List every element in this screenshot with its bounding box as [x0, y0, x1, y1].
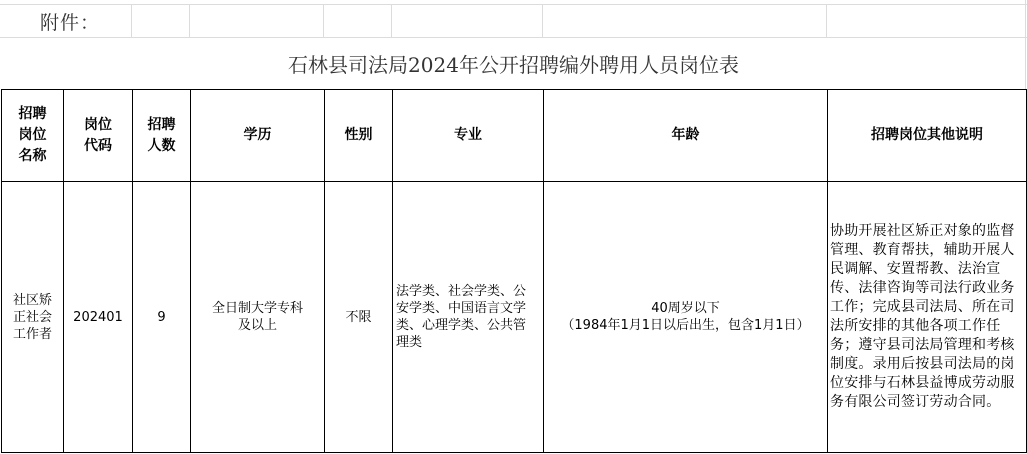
age-birthdate: （1984年1月1日以后出生，包含1月1日） [544, 317, 827, 334]
gridline [189, 4, 190, 37]
table-title: 石林县司法局2024年公开招聘编外聘用人员岗位表 [0, 37, 1027, 89]
header-position-code: 岗位代码 [64, 90, 133, 182]
gridline [826, 4, 827, 37]
cell-age: 40周岁以下 （1984年1月1日以后出生，包含1月1日） [544, 182, 828, 453]
gridline [131, 4, 132, 37]
header-gender: 性别 [325, 90, 393, 182]
header-row: 招聘岗位名称 岗位代码 招聘人数 学历 性别 专业 年龄 招聘岗位其他说明 [2, 90, 1027, 182]
header-education: 学历 [191, 90, 325, 182]
spreadsheet: 附件： 石林县司法局2024年公开招聘编外聘用人员岗位表 招聘岗位名称 岗位代码… [0, 0, 1027, 454]
gridline [0, 4, 1027, 5]
header-major: 专业 [393, 90, 544, 182]
positions-table: 招聘岗位名称 岗位代码 招聘人数 学历 性别 专业 年龄 招聘岗位其他说明 社区… [1, 89, 1027, 453]
cell-notes: 协助开展社区矫正对象的监督管理、教育帮扶，辅助开展人民调解、安置帮教、法治宣传、… [828, 182, 1027, 453]
header-age: 年龄 [544, 90, 828, 182]
age-limit: 40周岁以下 [544, 300, 827, 317]
cell-position-code: 202401 [64, 182, 133, 453]
cell-headcount: 9 [133, 182, 191, 453]
gridline [391, 4, 392, 37]
header-headcount: 招聘人数 [133, 90, 191, 182]
attachment-label: 附件： [40, 8, 100, 35]
gridline [323, 4, 324, 37]
cell-education: 全日制大学专科及以上 [191, 182, 325, 453]
header-position-name: 招聘岗位名称 [2, 90, 64, 182]
table-row: 社区矫正社会工作者 202401 9 全日制大学专科及以上 不限 法学类、社会学… [2, 182, 1027, 453]
cell-gender: 不限 [325, 182, 393, 453]
cell-position-name: 社区矫正社会工作者 [2, 182, 64, 453]
cell-major: 法学类、社会学类、公安学类、中国语言文学类、心理学类、公共管理类 [393, 182, 544, 453]
gridline [542, 4, 543, 37]
header-notes: 招聘岗位其他说明 [828, 90, 1027, 182]
